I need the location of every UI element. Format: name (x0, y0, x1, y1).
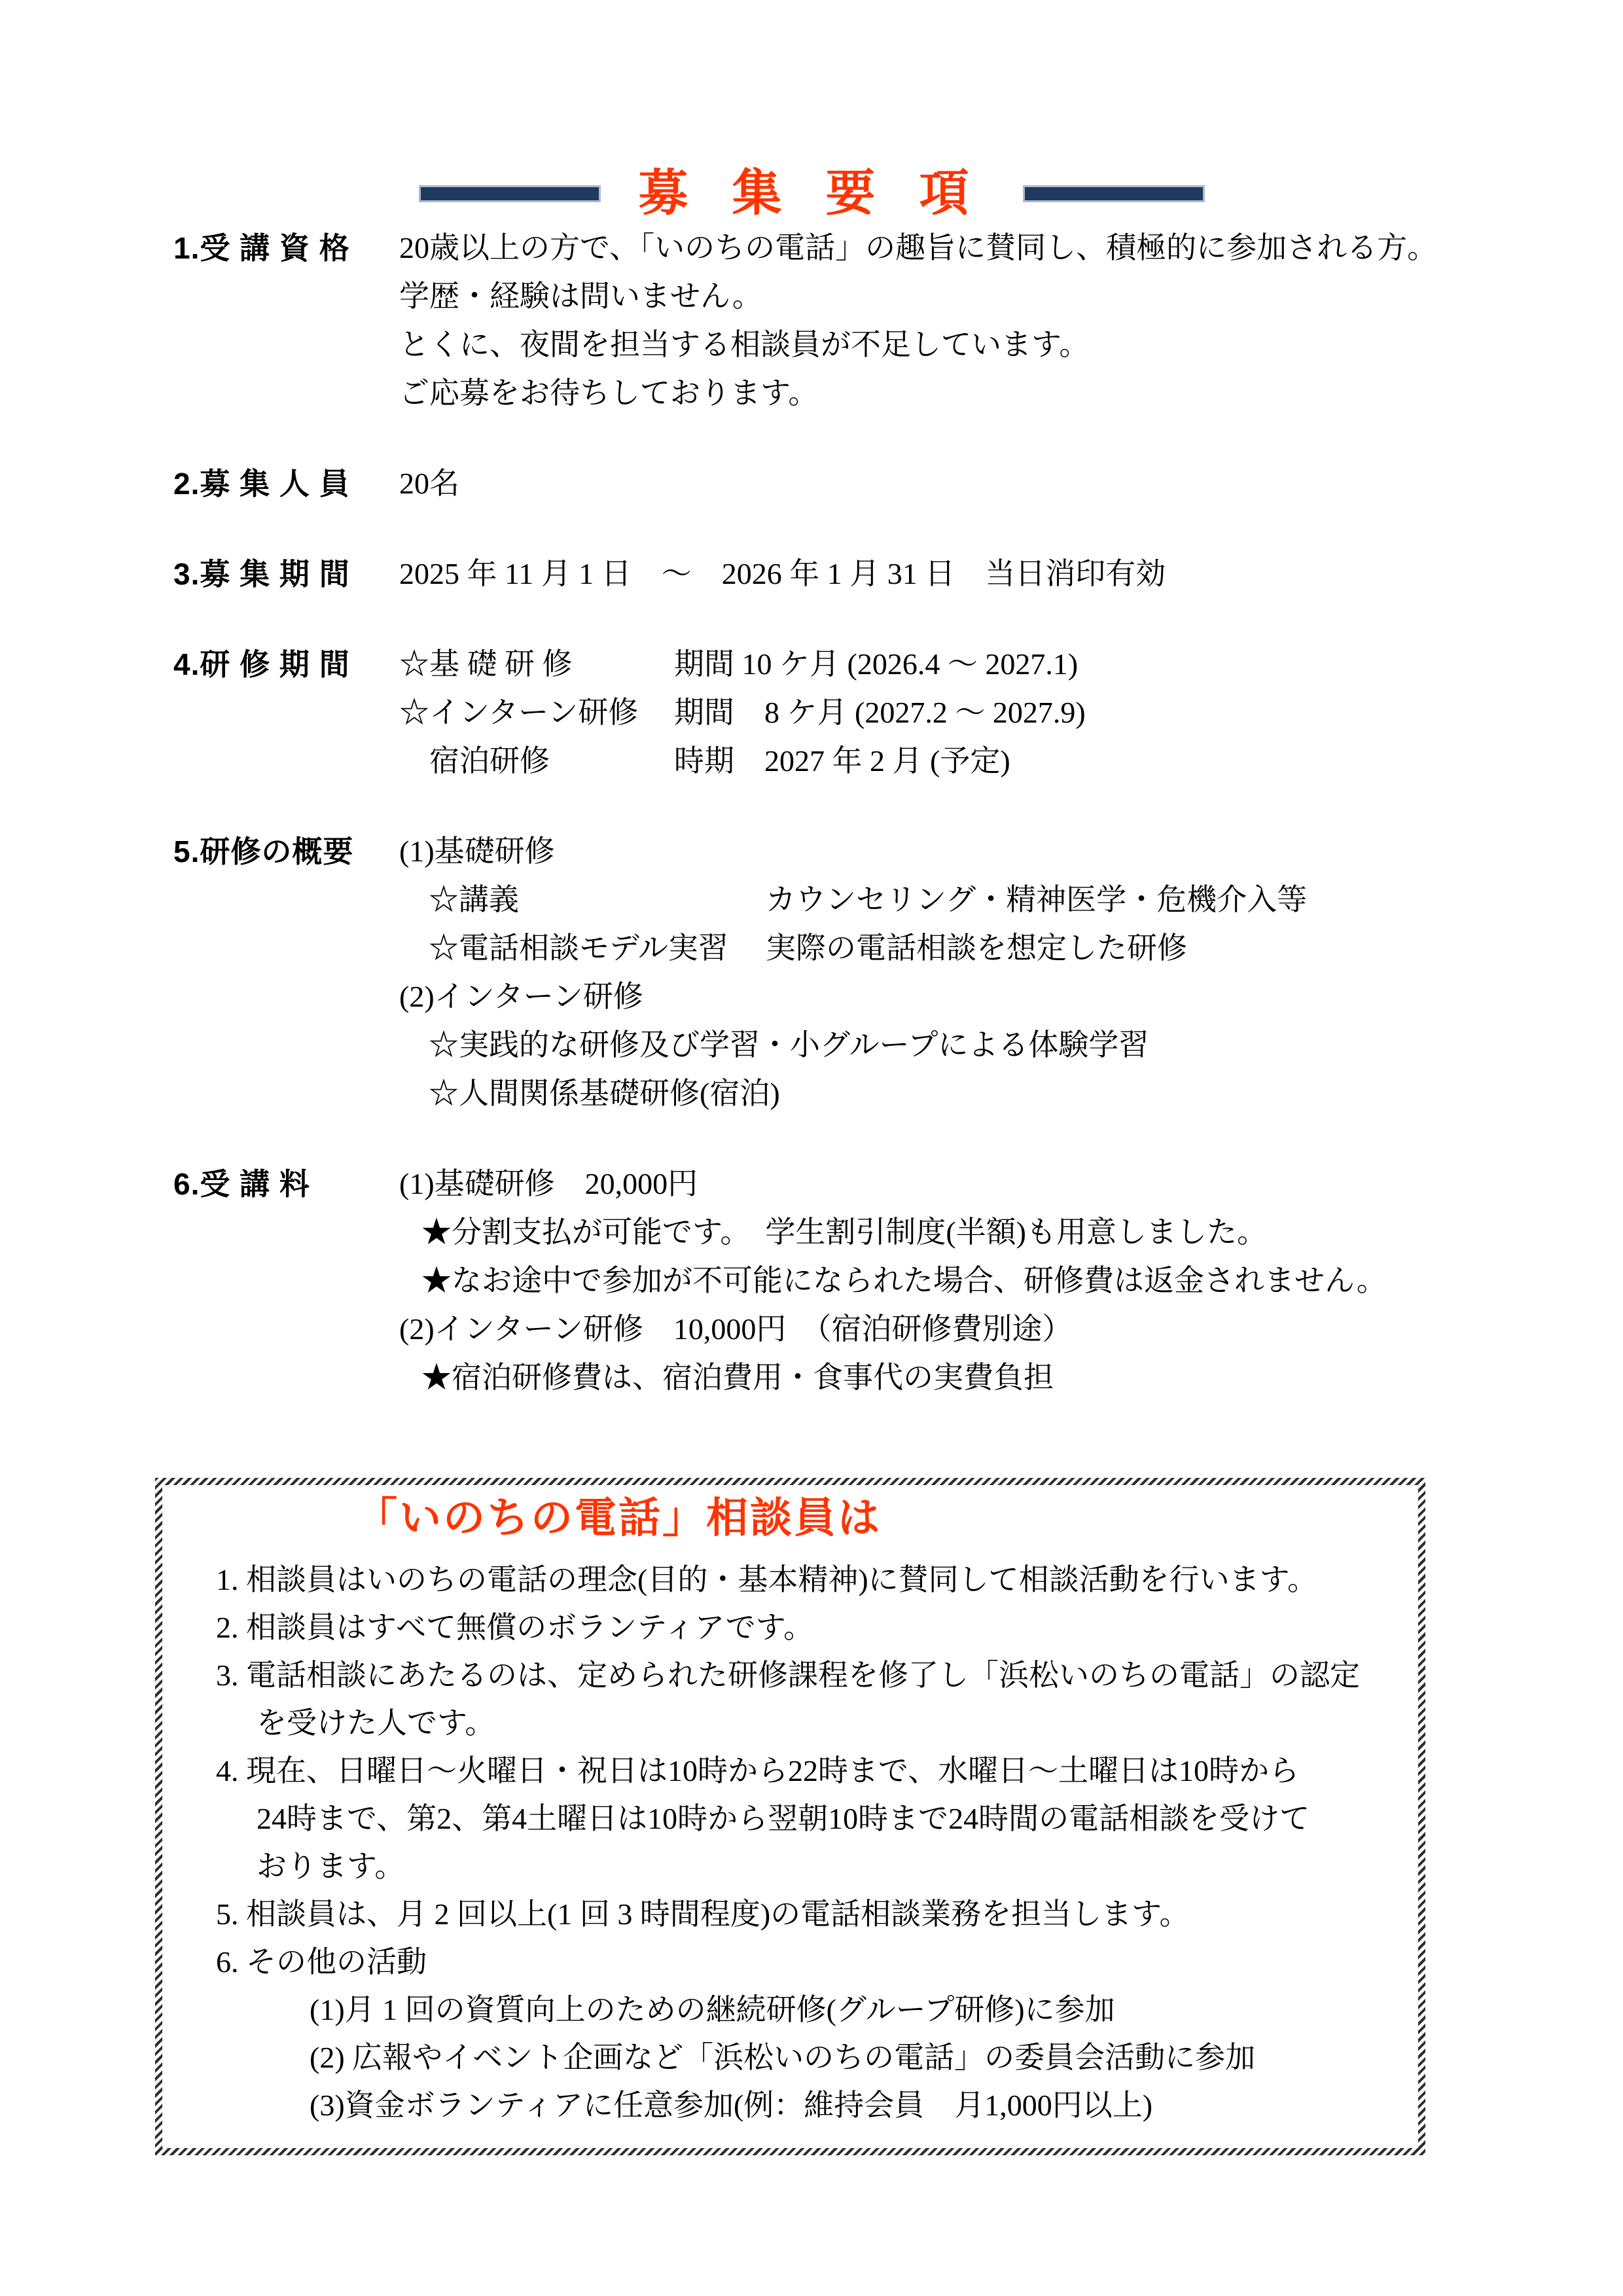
course-name: 宿泊研修 (399, 737, 674, 785)
info-line: 3. 電話相談にあたるのは、定められた研修課程を修了し「浜松いのちの電話」の認定 (208, 1651, 1399, 1699)
fee-row: (2)インターン研修 10,000円 （宿泊研修費別途） (399, 1305, 1482, 1354)
text-line: 20名 (399, 459, 1482, 508)
section-label: 2.募 集 人 員 (173, 459, 399, 508)
info-box-lines: 1. 相談員はいのちの電話の理念(目的・基本精神)に賛同して相談活動を行います。… (208, 1556, 1399, 2129)
course-name: ☆基 礎 研 修 (399, 640, 674, 689)
title-bar-right (1023, 185, 1205, 202)
text-line: とくに、夜間を担当する相談員が不足しています。 (399, 321, 1482, 369)
section-content: ☆基 礎 研 修 期間 10 ケ月 (2026.4 ～ 2027.1) ☆インタ… (399, 640, 1482, 785)
outline-item: (1)基礎研修 (399, 827, 555, 876)
sections: 1.受 講 資 格 20歳以上の方で、「いのちの電話」の趣旨に賛同し、積極的に参… (173, 224, 1482, 1444)
section-jukou-shikaku: 1.受 講 資 格 20歳以上の方で、「いのちの電話」の趣旨に賛同し、積極的に参… (173, 224, 1482, 418)
section-content: 20歳以上の方で、「いのちの電話」の趣旨に賛同し、積極的に参加される方。 学歴・… (399, 224, 1482, 418)
outline-desc: カウンセリング・精神医学・危機介入等 (766, 876, 1482, 924)
info-line: 4. 現在、日曜日～火曜日・祝日は10時から22時まで、水曜日～土曜日は10時か… (208, 1747, 1399, 1795)
fee-item: (1)基礎研修 20,000円 (399, 1160, 698, 1208)
fee-row: ★分割支払が可能です。 学生割引制度(半額)も用意しました。 (399, 1208, 1482, 1257)
counselor-info-box: 「いのちの電話」相談員は 1. 相談員はいのちの電話の理念(目的・基本精神)に賛… (155, 1478, 1425, 2155)
section-label: 3.募 集 期 間 (173, 550, 399, 598)
outline-item: ☆実践的な研修及び学習・小グループによる体験学習 (399, 1021, 1149, 1069)
outline-row: ☆人間関係基礎研修(宿泊) (399, 1069, 1482, 1118)
section-boshuu-jinin: 2.募 集 人 員 20名 (173, 459, 1482, 508)
info-line: (2) 広報やイベント企画など「浜松いのちの電話」の委員会活動に参加 (208, 2034, 1399, 2081)
title-bar-left (419, 185, 601, 202)
section-label: 4.研 修 期 間 (173, 640, 399, 689)
outline-row: ☆講義 カウンセリング・精神医学・危機介入等 (399, 876, 1482, 924)
info-line: (1)月 1 回の資質向上のための継続研修(グループ研修)に参加 (208, 1986, 1399, 2034)
section-content: 20名 (399, 459, 1482, 508)
outline-item: (2)インターン研修 (399, 973, 643, 1021)
text-line: ご応募をお待ちしております。 (399, 369, 1482, 418)
fee-row: ★なお途中で参加が不可能になられた場合、研修費は返金されません。 (399, 1257, 1482, 1305)
section-kenshuu-kikan: 4.研 修 期 間 ☆基 礎 研 修 期間 10 ケ月 (2026.4 ～ 20… (173, 640, 1482, 785)
fee-note: ★分割支払が可能です。 学生割引制度(半額)も用意しました。 (399, 1208, 1267, 1257)
course-period: 期間 10 ケ月 (2026.4 ～ 2027.1) (674, 640, 1482, 689)
info-line: (3)資金ボランティアに任意参加(例：維持会員 月1,000円以上) (208, 2081, 1399, 2129)
section-label: 5.研修の概要 (173, 827, 399, 876)
title-row: 募 集 要 項 (0, 169, 1623, 219)
section-content: (1)基礎研修 ☆講義 カウンセリング・精神医学・危機介入等 ☆電話相談モデル実… (399, 827, 1482, 1118)
section-kenshuu-gaiyou: 5.研修の概要 (1)基礎研修 ☆講義 カウンセリング・精神医学・危機介入等 ☆… (173, 827, 1482, 1118)
course-period: 時期 2027 年 2 月 (予定) (674, 737, 1482, 785)
info-line: 5. 相談員は、月 2 回以上(1 回 3 時間程度)の電話相談業務を担当します… (208, 1890, 1399, 1938)
course-name: ☆インターン研修 (399, 689, 674, 737)
info-line: 6. その他の活動 (208, 1938, 1399, 1986)
outline-desc: 実際の電話相談を想定した研修 (766, 924, 1482, 973)
course-period: 期間 8 ケ月 (2027.2 ～ 2027.9) (674, 689, 1482, 737)
fee-row: ★宿泊研修費は、宿泊費用・食事代の実費負担 (399, 1354, 1482, 1402)
fee-note: ★宿泊研修費は、宿泊費用・食事代の実費負担 (399, 1354, 1054, 1402)
outline-row: ☆実践的な研修及び学習・小グループによる体験学習 (399, 1021, 1482, 1069)
info-line: 1. 相談員はいのちの電話の理念(目的・基本精神)に賛同して相談活動を行います。 (208, 1556, 1399, 1604)
outline-item: ☆講義 (399, 876, 766, 924)
document-page: 募 集 要 項 1.受 講 資 格 20歳以上の方で、「いのちの電話」の趣旨に賛… (0, 0, 1623, 2296)
text-line: 2025 年 11 月 1 日 ～ 2026 年 1 月 31 日 当日消印有効 (399, 550, 1482, 598)
info-line: を受けた人です。 (208, 1699, 1399, 1747)
info-line: おります。 (208, 1842, 1399, 1890)
text-line: 学歴・経験は問いません。 (399, 272, 1482, 321)
outline-row: (2)インターン研修 (399, 973, 1482, 1021)
fee-note: ★なお途中で参加が不可能になられた場合、研修費は返金されません。 (399, 1257, 1387, 1305)
section-boshuu-kikan: 3.募 集 期 間 2025 年 11 月 1 日 ～ 2026 年 1 月 3… (173, 550, 1482, 598)
page-title: 募 集 要 項 (639, 169, 985, 219)
outline-item: ☆人間関係基礎研修(宿泊) (399, 1069, 780, 1118)
fee-item: (2)インターン研修 10,000円 （宿泊研修費別途） (399, 1305, 1072, 1354)
info-line: 24時まで、第2、第4土曜日は10時から翌朝10時まで24時間の電話相談を受けて (208, 1795, 1399, 1842)
info-box-title: 「いのちの電話」相談員は (355, 1492, 1399, 1544)
outline-row: ☆電話相談モデル実習 実際の電話相談を想定した研修 (399, 924, 1482, 973)
section-jukouryou: 6.受 講 料 (1)基礎研修 20,000円 ★分割支払が可能です。 学生割引… (173, 1160, 1482, 1402)
outline-item: ☆電話相談モデル実習 (399, 924, 766, 973)
schedule-row: ☆基 礎 研 修 期間 10 ケ月 (2026.4 ～ 2027.1) (399, 640, 1482, 689)
info-line: 2. 相談員はすべて無償のボランティアです。 (208, 1604, 1399, 1651)
schedule-row: ☆インターン研修 期間 8 ケ月 (2027.2 ～ 2027.9) (399, 689, 1482, 737)
section-content: (1)基礎研修 20,000円 ★分割支払が可能です。 学生割引制度(半額)も用… (399, 1160, 1482, 1402)
section-label: 6.受 講 料 (173, 1160, 399, 1208)
schedule-row: 宿泊研修 時期 2027 年 2 月 (予定) (399, 737, 1482, 785)
text-line: 20歳以上の方で、「いのちの電話」の趣旨に賛同し、積極的に参加される方。 (399, 224, 1482, 272)
outline-row: (1)基礎研修 (399, 827, 1482, 876)
fee-row: (1)基礎研修 20,000円 (399, 1160, 1482, 1208)
section-label: 1.受 講 資 格 (173, 224, 399, 272)
section-content: 2025 年 11 月 1 日 ～ 2026 年 1 月 31 日 当日消印有効 (399, 550, 1482, 598)
